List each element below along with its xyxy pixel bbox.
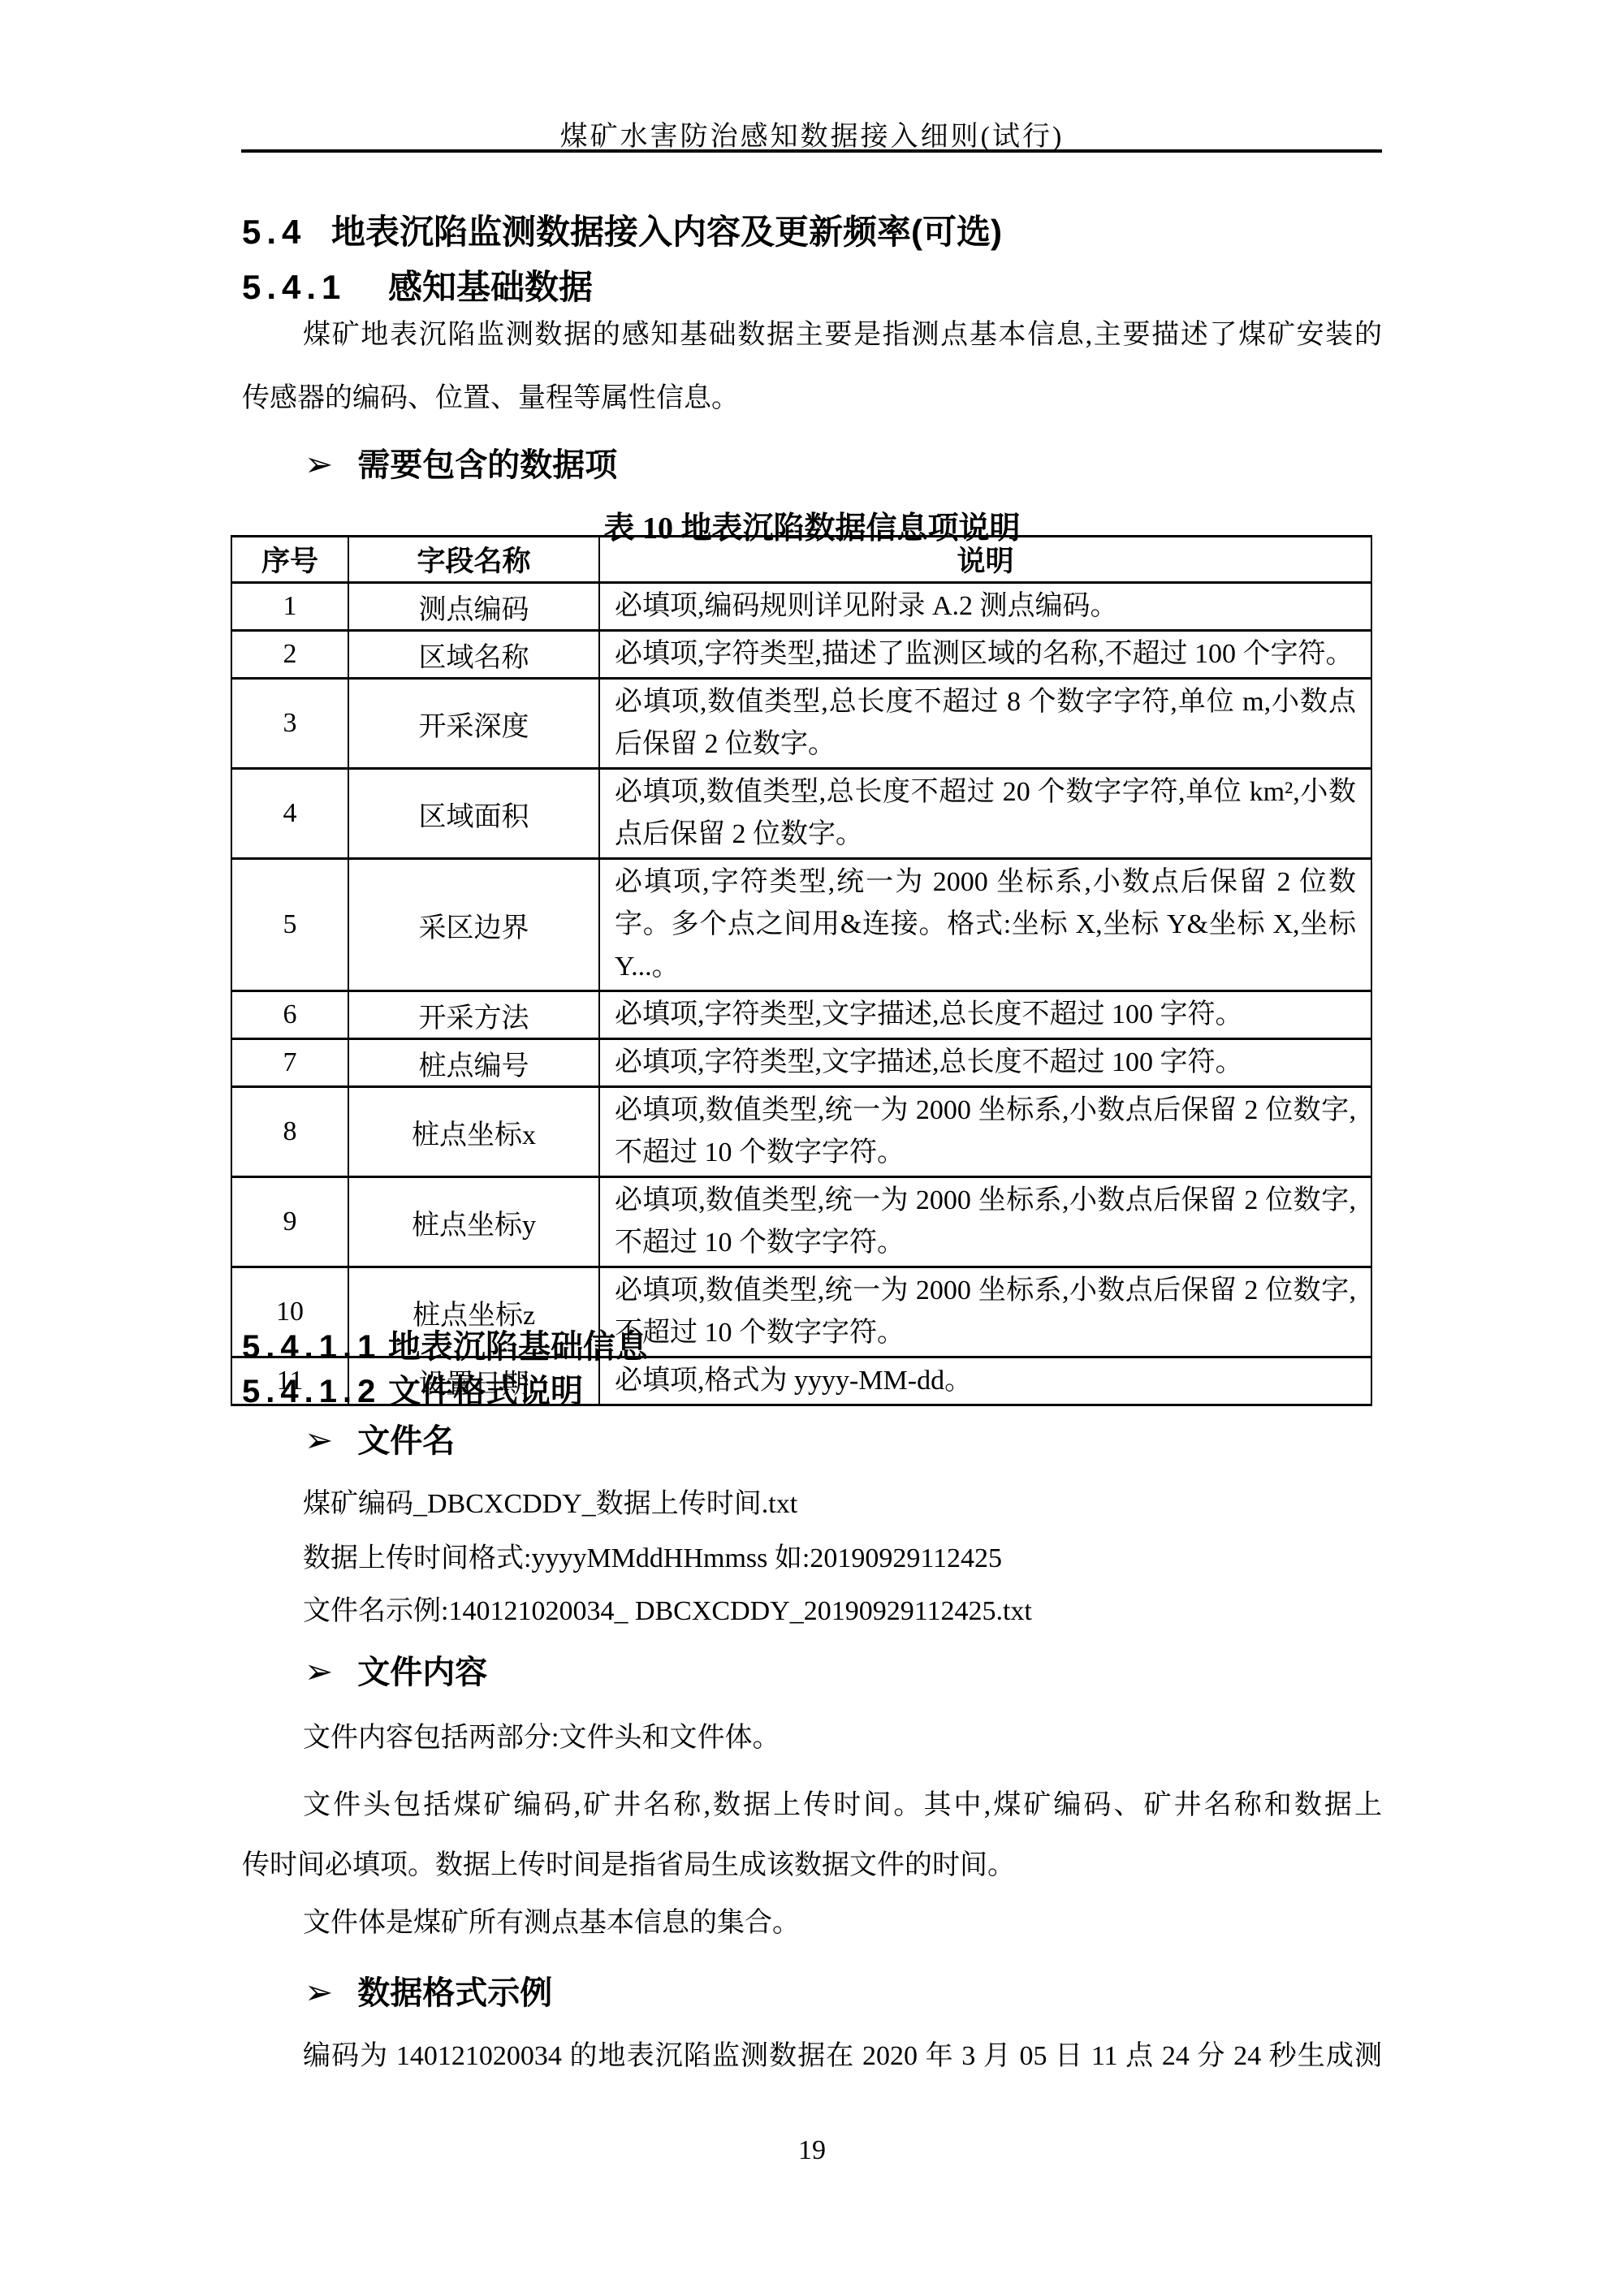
intro-paragraph-line: 煤矿地表沉陷监测数据的感知基础数据主要是指测点基本信息,主要描述了煤矿安装的	[242, 317, 1382, 353]
bullet-filename: ➢ 文件名	[242, 1422, 1382, 1461]
cell-no: 6	[231, 991, 348, 1039]
bullet-label: 数据格式示例	[357, 1974, 552, 2013]
cell-field: 测点编码	[348, 583, 599, 631]
arrow-bullet-icon: ➢	[304, 446, 333, 483]
heading-title: 感知基础数据	[388, 268, 593, 306]
section-heading-5-4-1-1: 5.4.1.1地表沉陷基础信息	[242, 1328, 1382, 1366]
document-page: 煤矿水害防治感知数据接入细则(试行) 5.4地表沉陷监测数据接入内容及更新频率(…	[0, 0, 1624, 2296]
section-heading-5-4-1-2: 5.4.1.2文件格式说明	[242, 1373, 1382, 1410]
table-row: 7 桩点编号 必填项,字符类型,文字描述,总长度不超过 100 字符。	[231, 1039, 1371, 1087]
example-paragraph-line: 编码为 140121020034 的地表沉陷监测数据在 2020 年 3 月 0…	[242, 2039, 1382, 2074]
filecontent-paragraph-line: 文件内容包括两部分:文件头和文件体。	[242, 1720, 1382, 1756]
cell-field: 桩点坐标x	[348, 1087, 599, 1177]
filecontent-paragraph-line: 文件头包括煤矿编码,矿井名称,数据上传时间。其中,煤矿编码、矿井名称和数据上	[242, 1788, 1382, 1823]
table-header-row: 序号 字段名称 说明	[231, 537, 1371, 583]
bullet-label: 文件内容	[357, 1653, 487, 1692]
table-row: 1 测点编码 必填项,编码规则详见附录 A.2 测点编码。	[231, 583, 1371, 631]
cell-no: 9	[231, 1177, 348, 1267]
cell-desc: 必填项,数值类型,统一为 2000 坐标系,小数点后保留 2 位数字,不超过 1…	[599, 1087, 1371, 1177]
cell-field: 开采深度	[348, 679, 599, 769]
cell-field: 桩点编号	[348, 1039, 599, 1087]
arrow-bullet-icon: ➢	[304, 1422, 333, 1459]
table-row: 5 采区边界 必填项,字符类型,统一为 2000 坐标系,小数点后保留 2 位数…	[231, 859, 1371, 991]
filename-pattern-line: 煤矿编码_DBCXCDDY_数据上传时间.txt	[242, 1487, 1382, 1522]
filecontent-paragraph-line: 文件体是煤矿所有测点基本信息的集合。	[242, 1905, 1382, 1941]
filecontent-paragraph-line: 传时间必填项。数据上传时间是指省局生成该数据文件的时间。	[242, 1848, 1382, 1884]
cell-field: 采区边界	[348, 859, 599, 991]
data-info-table: 序号 字段名称 说明 1 测点编码 必填项,编码规则详见附录 A.2 测点编码。…	[231, 535, 1372, 1406]
cell-no: 5	[231, 859, 348, 991]
cell-field: 开采方法	[348, 991, 599, 1039]
table-row: 3 开采深度 必填项,数值类型,总长度不超过 8 个数字字符,单位 m,小数点后…	[231, 679, 1371, 769]
cell-no: 4	[231, 769, 348, 859]
cell-desc: 必填项,编码规则详见附录 A.2 测点编码。	[599, 583, 1371, 631]
table-row: 4 区域面积 必填项,数值类型,总长度不超过 20 个数字字符,单位 km²,小…	[231, 769, 1371, 859]
cell-desc: 必填项,字符类型,文字描述,总长度不超过 100 字符。	[599, 991, 1371, 1039]
table-header-field: 字段名称	[348, 537, 599, 583]
arrow-bullet-icon: ➢	[304, 1974, 333, 2011]
bullet-data-format-example: ➢ 数据格式示例	[242, 1974, 1382, 2013]
page-number: 19	[242, 2135, 1382, 2166]
heading-number: 5.4.1.2	[242, 1373, 388, 1410]
cell-field: 区域面积	[348, 769, 599, 859]
doc-header-title: 煤矿水害防治感知数据接入细则(试行)	[242, 114, 1382, 153]
table-row: 8 桩点坐标x 必填项,数值类型,统一为 2000 坐标系,小数点后保留 2 位…	[231, 1087, 1371, 1177]
table-header-no: 序号	[231, 537, 348, 583]
table-row: 2 区域名称 必填项,字符类型,描述了监测区域的名称,不超过 100 个字符。	[231, 631, 1371, 679]
bullet-label: 需要包含的数据项	[357, 446, 617, 485]
cell-no: 1	[231, 583, 348, 631]
table-header-desc: 说明	[599, 537, 1371, 583]
cell-desc: 必填项,数值类型,统一为 2000 坐标系,小数点后保留 2 位数字,不超过 1…	[599, 1177, 1371, 1267]
cell-desc: 必填项,数值类型,总长度不超过 20 个数字字符,单位 km²,小数点后保留 2…	[599, 769, 1371, 859]
bullet-label: 文件名	[357, 1422, 455, 1461]
header-rule	[241, 149, 1382, 153]
arrow-bullet-icon: ➢	[304, 1653, 333, 1690]
cell-desc: 必填项,字符类型,文字描述,总长度不超过 100 字符。	[599, 1039, 1371, 1087]
heading-title: 地表沉陷监测数据接入内容及更新频率(可选)	[331, 213, 1002, 251]
bullet-data-items: ➢ 需要包含的数据项	[242, 446, 1382, 485]
cell-desc: 必填项,字符类型,描述了监测区域的名称,不超过 100 个字符。	[599, 631, 1371, 679]
cell-no: 2	[231, 631, 348, 679]
table-row: 6 开采方法 必填项,字符类型,文字描述,总长度不超过 100 字符。	[231, 991, 1371, 1039]
cell-desc: 必填项,数值类型,总长度不超过 8 个数字字符,单位 m,小数点后保留 2 位数…	[599, 679, 1371, 769]
upload-time-format-line: 数据上传时间格式:yyyyMMddHHmmss 如:20190929112425	[242, 1541, 1382, 1577]
heading-title: 地表沉陷基础信息	[388, 1329, 648, 1365]
bullet-filecontent: ➢ 文件内容	[242, 1653, 1382, 1692]
cell-no: 3	[231, 679, 348, 769]
heading-title: 文件格式说明	[388, 1374, 583, 1409]
section-heading-5-4-1: 5.4.1感知基础数据	[242, 268, 1382, 307]
intro-paragraph-line: 传感器的编码、位置、量程等属性信息。	[242, 381, 1382, 416]
section-heading-5-4: 5.4地表沉陷监测数据接入内容及更新频率(可选)	[242, 213, 1382, 252]
heading-number: 5.4.1.1	[242, 1328, 388, 1366]
cell-field: 桩点坐标y	[348, 1177, 599, 1267]
heading-number: 5.4	[242, 213, 331, 252]
cell-desc: 必填项,字符类型,统一为 2000 坐标系,小数点后保留 2 位数字。多个点之间…	[599, 859, 1371, 991]
filename-example-line: 文件名示例:140121020034_ DBCXCDDY_20190929112…	[242, 1594, 1382, 1629]
cell-no: 7	[231, 1039, 348, 1087]
cell-field: 区域名称	[348, 631, 599, 679]
heading-number: 5.4.1	[242, 268, 388, 307]
table-row: 9 桩点坐标y 必填项,数值类型,统一为 2000 坐标系,小数点后保留 2 位…	[231, 1177, 1371, 1267]
cell-no: 8	[231, 1087, 348, 1177]
